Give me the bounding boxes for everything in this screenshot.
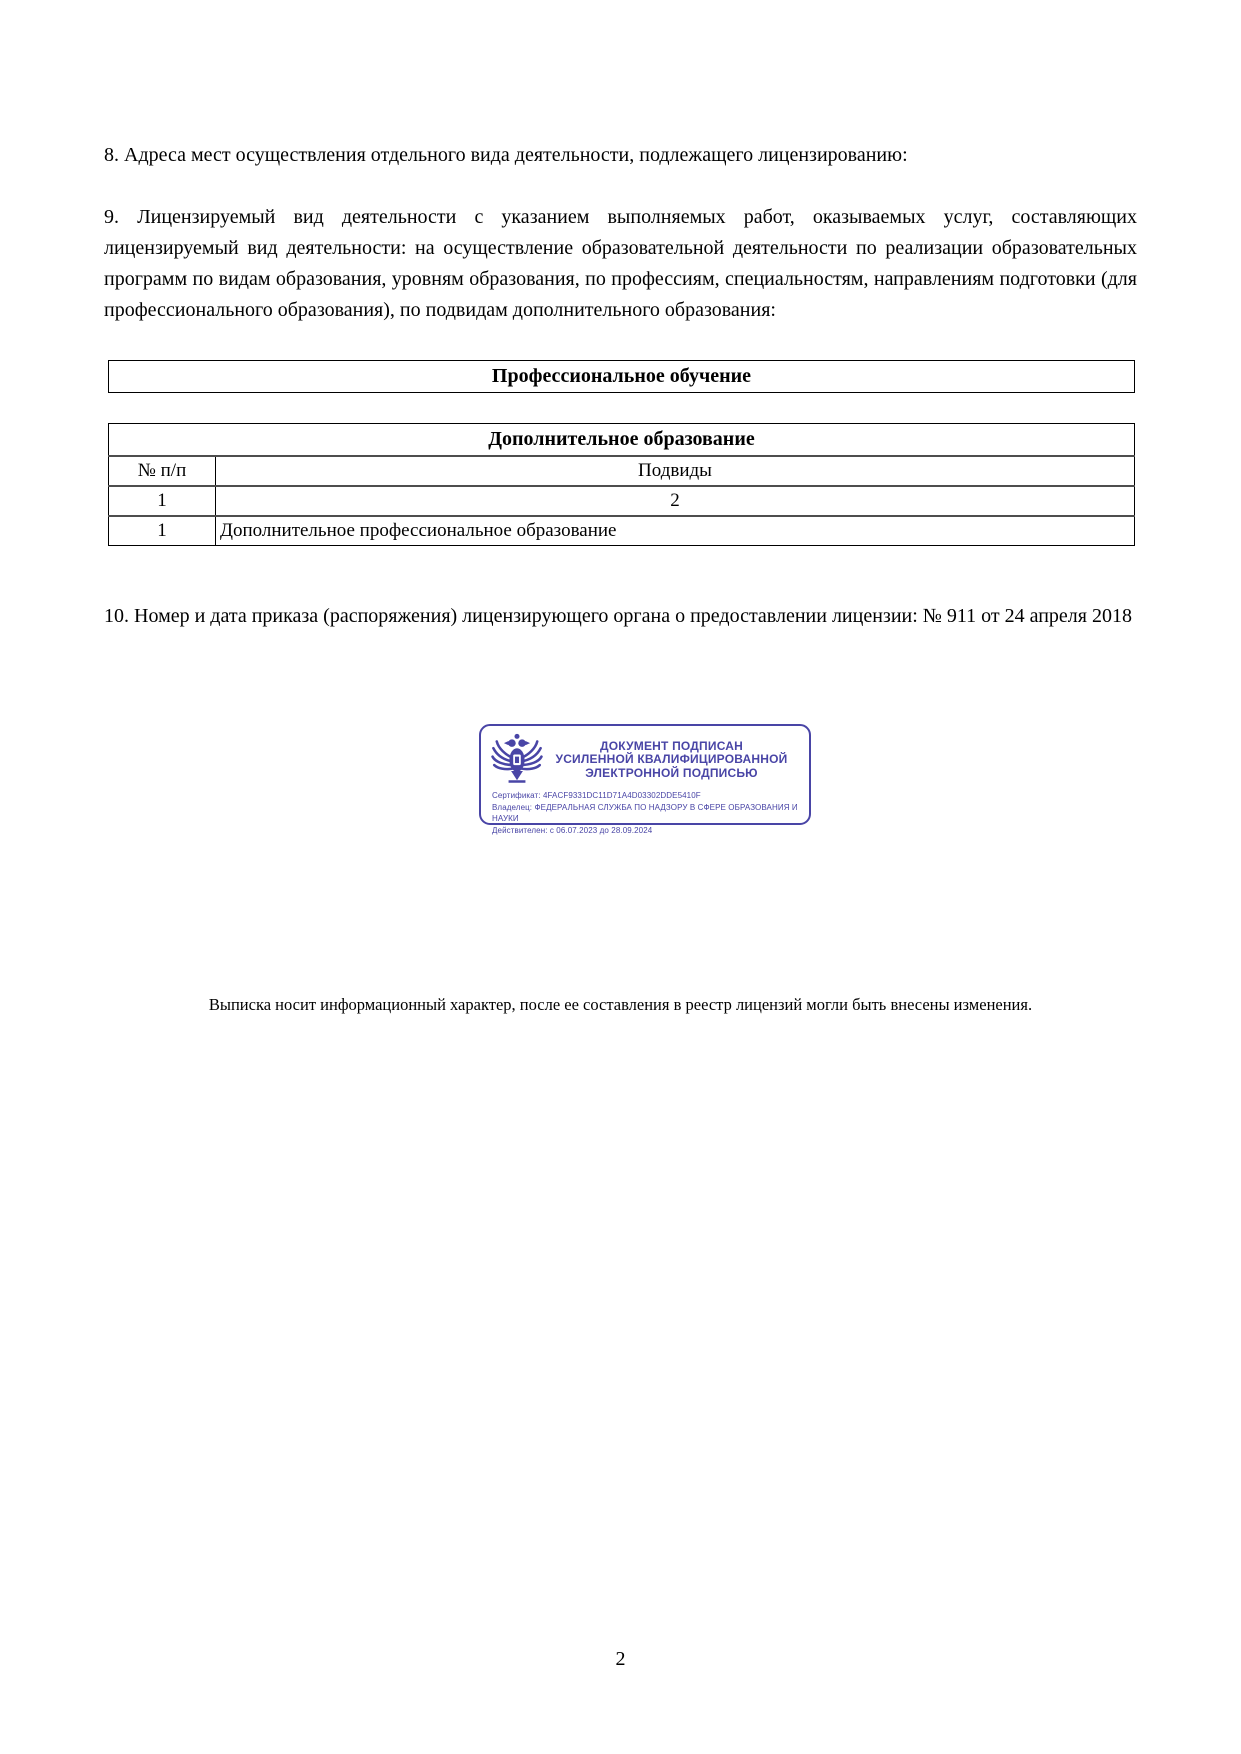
row-num-cell: 1 xyxy=(109,516,216,546)
document-page: 8. Адреса мест осуществления отдельного … xyxy=(0,0,1241,1754)
signature-stamp: ДОКУМЕНТ ПОДПИСАН УСИЛЕННОЙ КВАЛИФИЦИРОВ… xyxy=(479,724,811,825)
professional-training-table: Профессиональное обучение xyxy=(108,360,1135,393)
page-number: 2 xyxy=(0,1648,1241,1671)
additional-education-title: Дополнительное образование xyxy=(109,424,1135,457)
owner-line: Владелец: ФЕДЕРАЛЬНАЯ СЛУЖБА ПО НАДЗОРУ … xyxy=(492,802,801,825)
column-number-row: 1 2 xyxy=(109,486,1135,516)
stamp-title: ДОКУМЕНТ ПОДПИСАН УСИЛЕННОЙ КВАЛИФИЦИРОВ… xyxy=(544,740,799,781)
paragraph-10: 10. Номер и дата приказа (распоряжения) … xyxy=(104,601,1137,632)
table-header-row: № п/п Подвиды xyxy=(109,456,1135,486)
stamp-header: ДОКУМЕНТ ПОДПИСАН УСИЛЕННОЙ КВАЛИФИЦИРОВ… xyxy=(481,726,809,789)
stamp-title-line-2: УСИЛЕННОЙ КВАЛИФИЦИРОВАННОЙ xyxy=(544,753,799,767)
header-cell-num: № п/п xyxy=(109,456,216,486)
double-headed-eagle-icon xyxy=(490,733,544,787)
paragraph-9: 9. Лицензируемый вид деятельности с указ… xyxy=(104,202,1137,326)
row-subtype-cell: Дополнительное профессиональное образова… xyxy=(216,516,1135,546)
table-row: 1 Дополнительное профессиональное образо… xyxy=(109,516,1135,546)
stamp-details: Сертификат: 4FACF9331DC11D71A4D03302DDE5… xyxy=(481,789,809,842)
professional-training-title: Профессиональное обучение xyxy=(109,361,1135,393)
certificate-line: Сертификат: 4FACF9331DC11D71A4D03302DDE5… xyxy=(492,790,801,802)
column-number-2: 2 xyxy=(216,486,1135,516)
column-number-1: 1 xyxy=(109,486,216,516)
validity-line: Действителен: с 06.07.2023 до 28.09.2024 xyxy=(492,825,801,837)
paragraph-8: 8. Адреса мест осуществления отдельного … xyxy=(104,140,1137,171)
stamp-title-line-3: ЭЛЕКТРОННОЙ ПОДПИСЬЮ xyxy=(544,767,799,781)
header-cell-subtypes: Подвиды xyxy=(216,456,1135,486)
info-note: Выписка носит информационный характер, п… xyxy=(104,995,1137,1015)
additional-education-table: Дополнительное образование № п/п Подвиды… xyxy=(108,423,1135,546)
table-title-row: Дополнительное образование xyxy=(109,424,1135,457)
